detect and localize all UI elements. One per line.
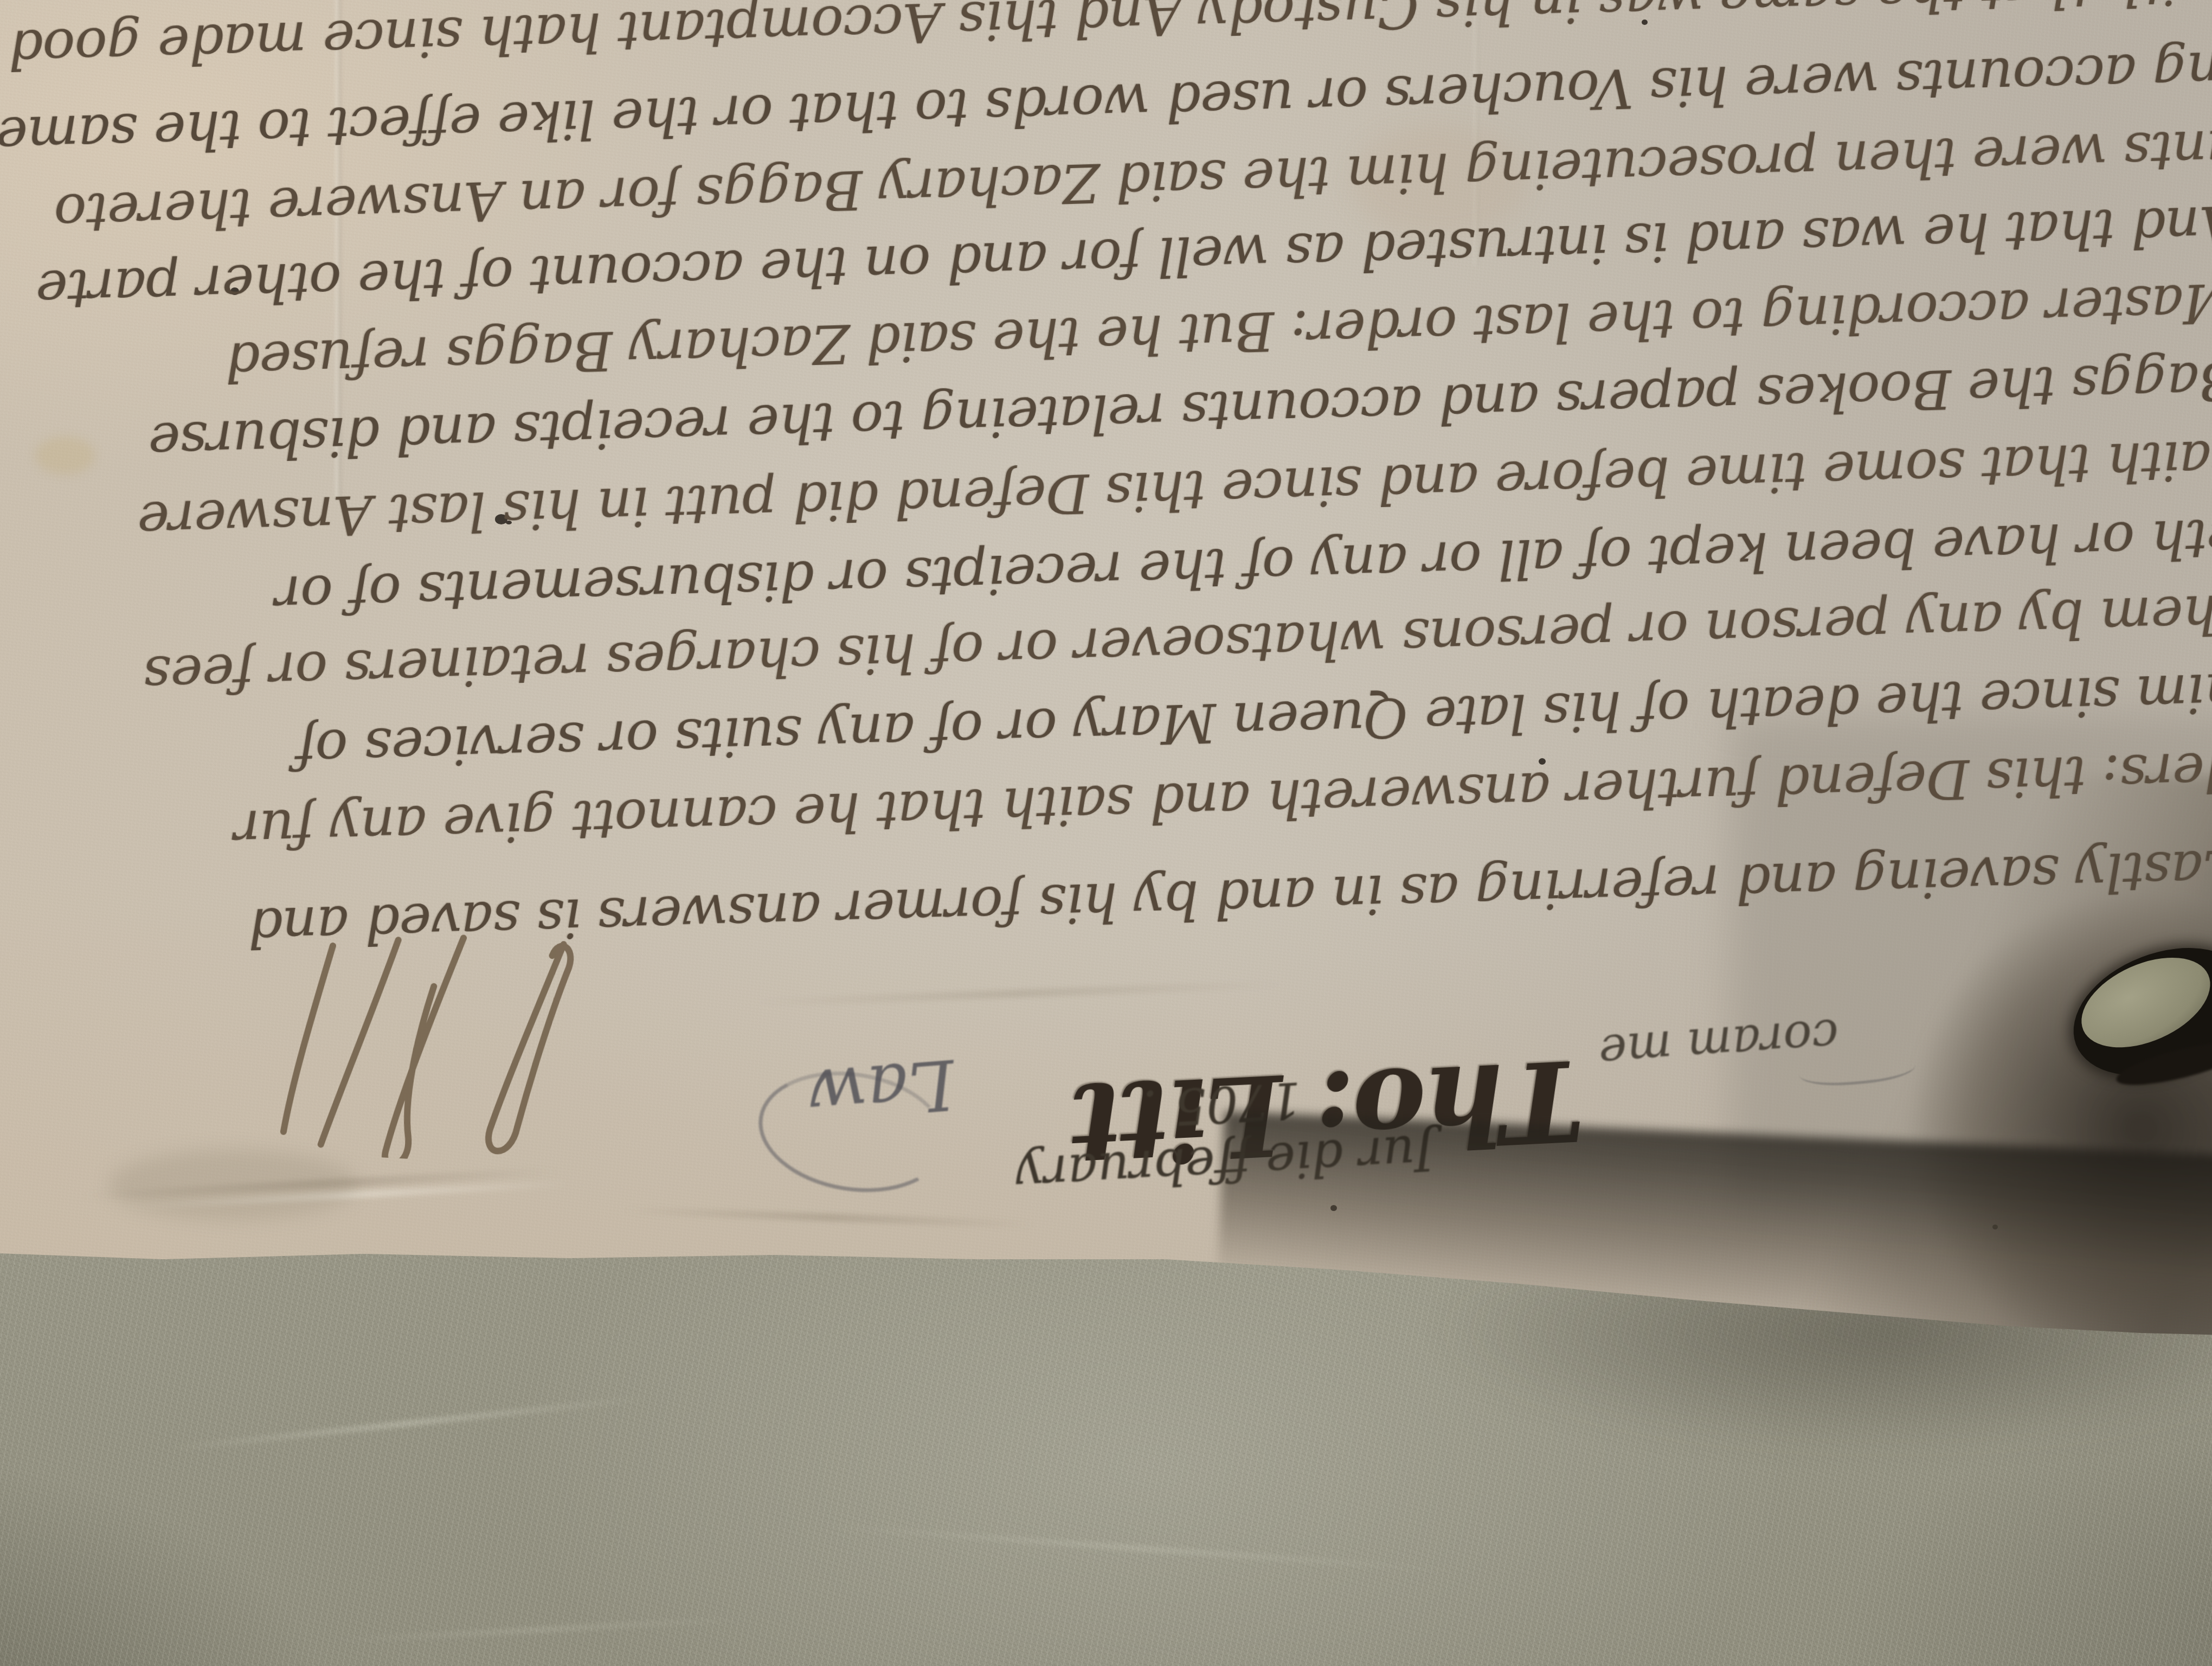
stain	[108, 1150, 358, 1220]
photo-of-manuscript: saith that the same was in his Custody A…	[0, 0, 2212, 1666]
parchment-document: saith that the same was in his Custody A…	[0, 0, 2212, 1350]
signature-flourish	[271, 913, 619, 1169]
pencil-annotation: Law	[791, 1034, 971, 1139]
